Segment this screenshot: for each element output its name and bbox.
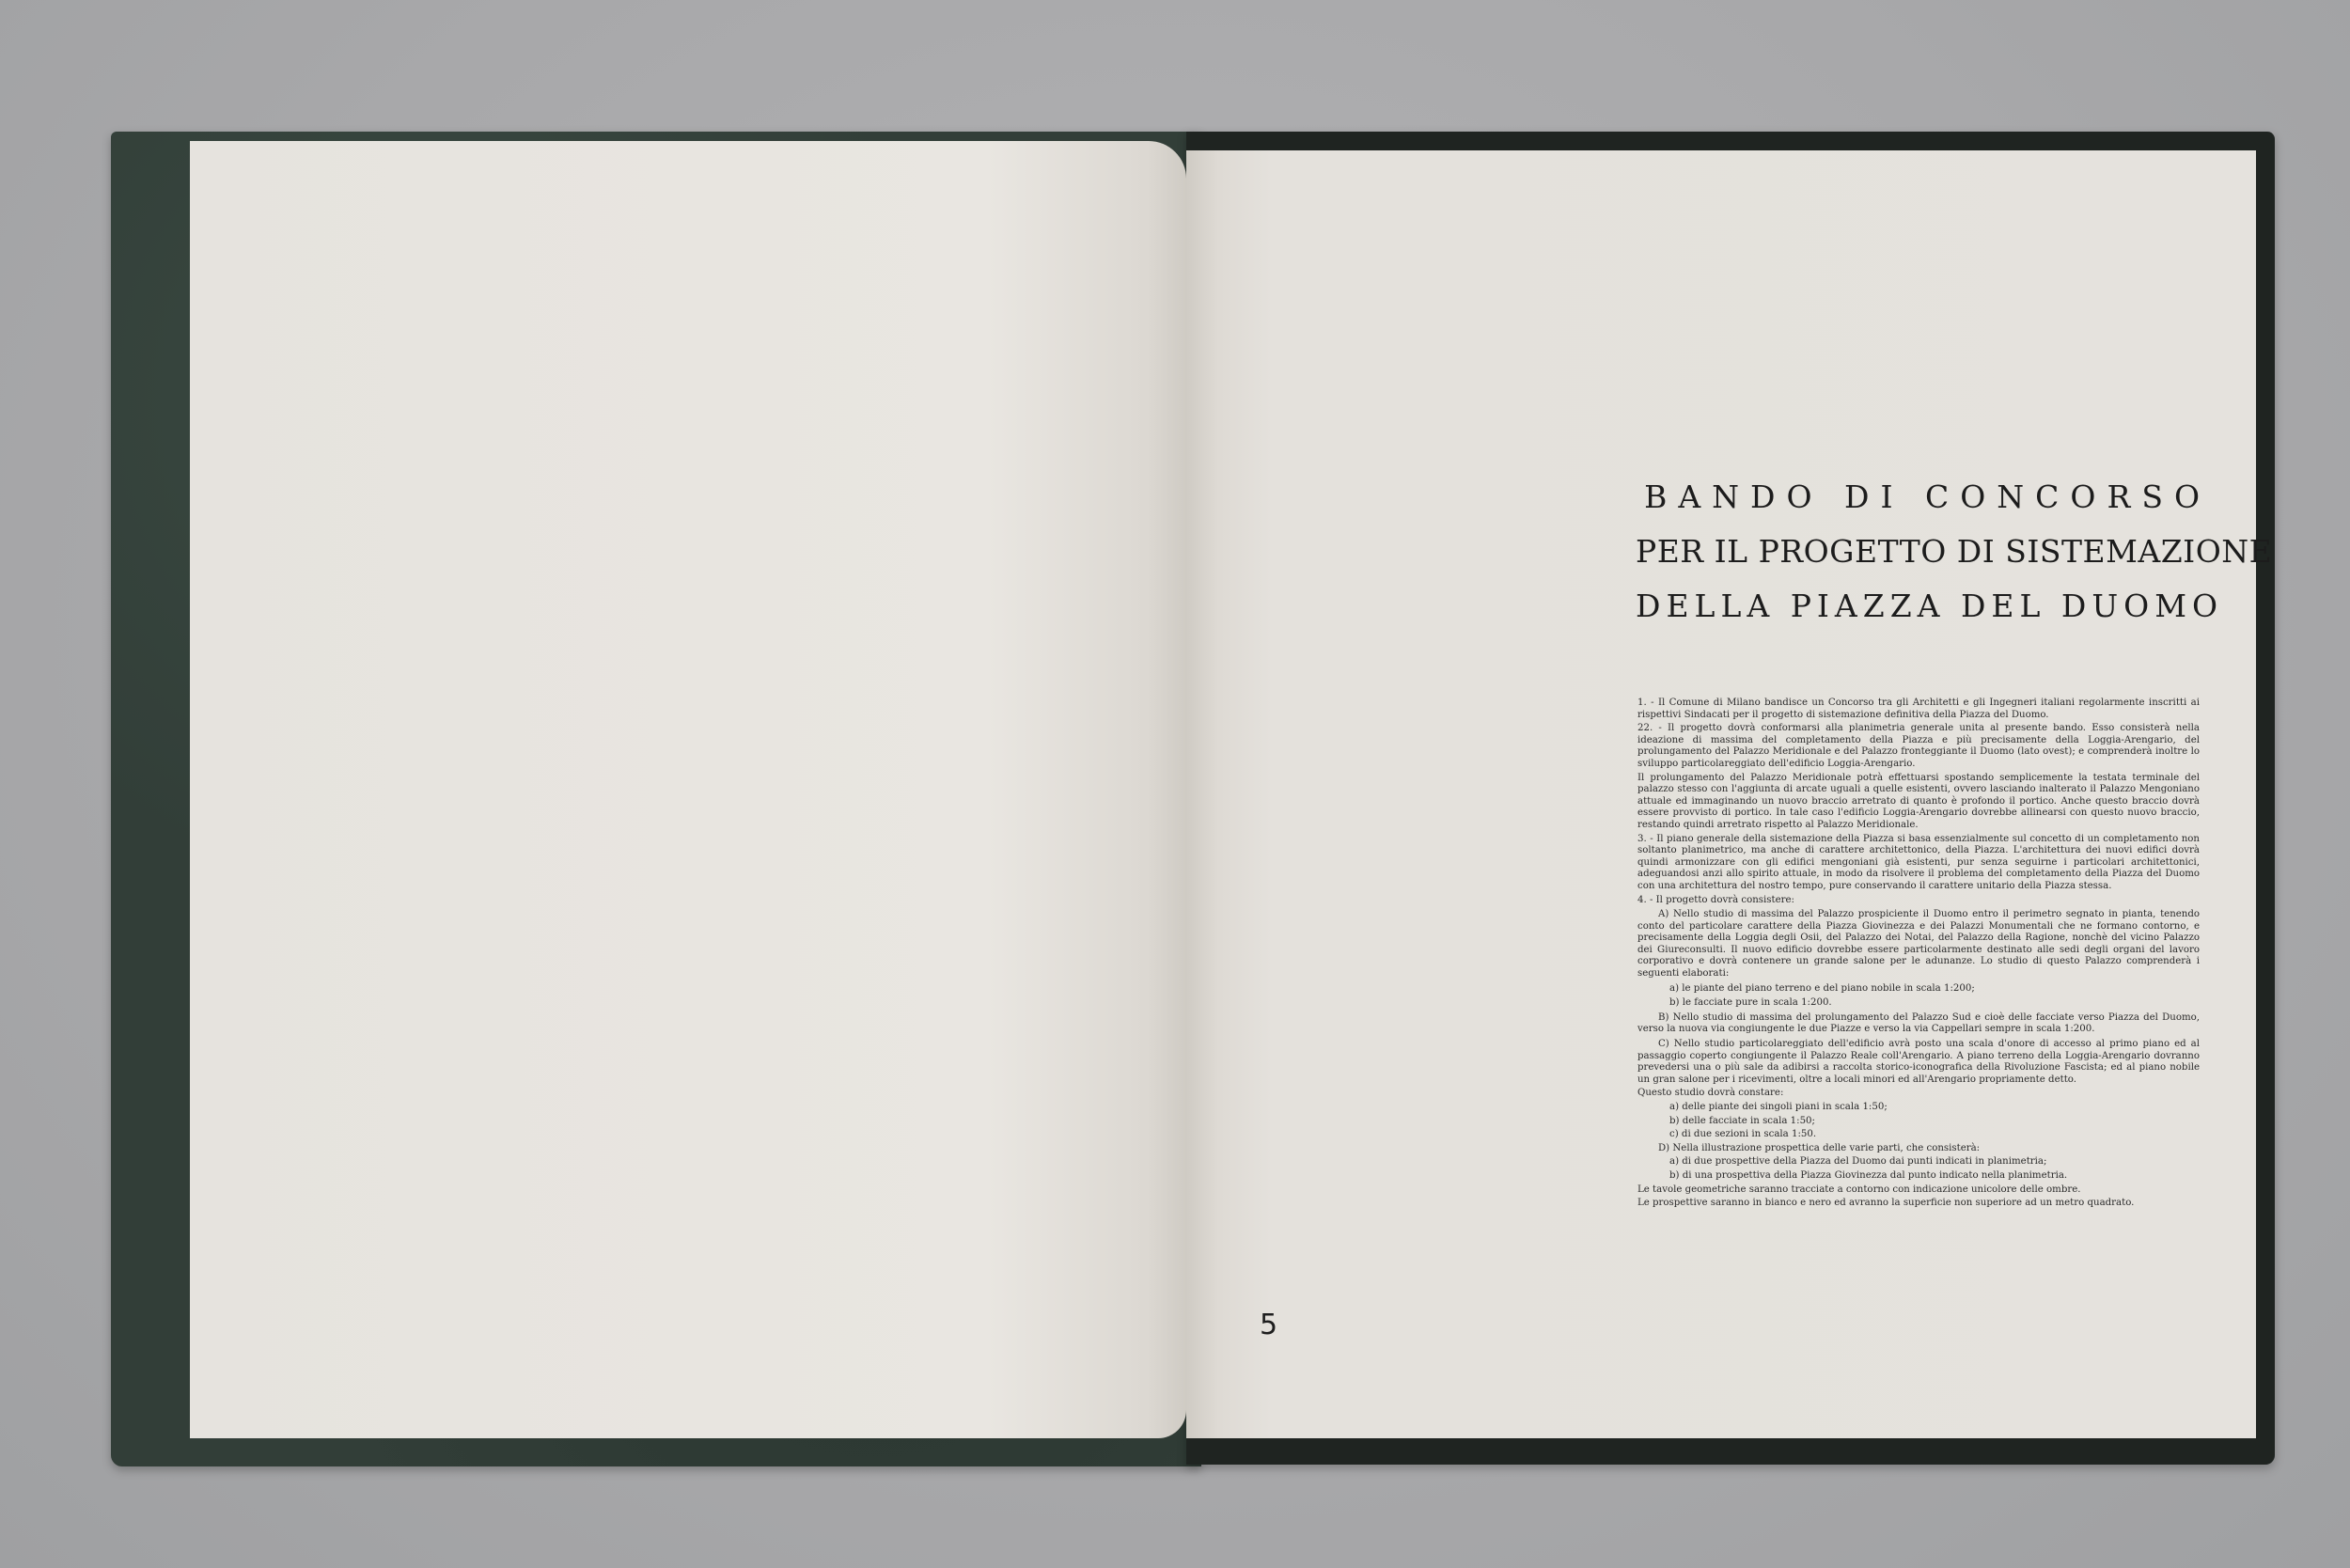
paragraph-2b: Il prolungamento del Palazzo Meridionale… <box>1637 773 2200 832</box>
title-line-2: PER IL PROGETTO DI SISTEMAZIONE <box>1636 525 2200 579</box>
item-4d-b: b) di una prospettiva della Piazza Giovi… <box>1637 1170 2200 1183</box>
item-4a-b: b) le facciate pure in scala 1:200. <box>1637 997 2200 1010</box>
left-page-blank <box>190 141 1186 1438</box>
item-4a-a: a) le piante del piano terreno e del pia… <box>1637 983 2200 996</box>
paragraph-4b: B) Nello studio di massima del prolungam… <box>1637 1012 2200 1036</box>
paragraph-4a: A) Nello studio di massima del Palazzo p… <box>1637 909 2200 980</box>
title-line-3: DELLA PIAZZA DEL DUOMO <box>1636 579 2205 634</box>
item-4c-b: b) delle facciate in scala 1:50; <box>1637 1116 2200 1128</box>
body-text: 1. - Il Comune di Milano bandisce un Con… <box>1637 698 2200 1212</box>
title-line-1: BANDO DI CONCORSO <box>1636 470 2211 525</box>
paragraph-4d: D) Nella illustrazione prospettica delle… <box>1637 1143 2200 1155</box>
paragraph-3: 3. - Il piano generale della sistemazion… <box>1637 834 2200 893</box>
item-4d-a: a) di due prospettive della Piazza del D… <box>1637 1156 2200 1168</box>
item-4c-a: a) delle piante dei singoli piani in sca… <box>1637 1102 2200 1114</box>
document-title: BANDO DI CONCORSO PER IL PROGETTO DI SIS… <box>1636 470 2200 634</box>
paragraph-1: 1. - Il Comune di Milano bandisce un Con… <box>1637 698 2200 721</box>
page-number: 5 <box>1260 1309 1277 1341</box>
paragraph-2: 22. - Il progetto dovrà conformarsi alla… <box>1637 723 2200 770</box>
paragraph-4c-2: Questo studio dovrà constare: <box>1637 1088 2200 1100</box>
paragraph-4c: C) Nello studio particolareggiato dell'e… <box>1637 1039 2200 1086</box>
item-4c-c: c) di due sezioni in scala 1:50. <box>1637 1129 2200 1141</box>
paragraph-6: Le prospettive saranno in bianco e nero … <box>1637 1198 2200 1210</box>
paragraph-5: Le tavole geometriche saranno tracciate … <box>1637 1184 2200 1197</box>
paragraph-4: 4. - Il progetto dovrà consistere: <box>1637 895 2200 907</box>
